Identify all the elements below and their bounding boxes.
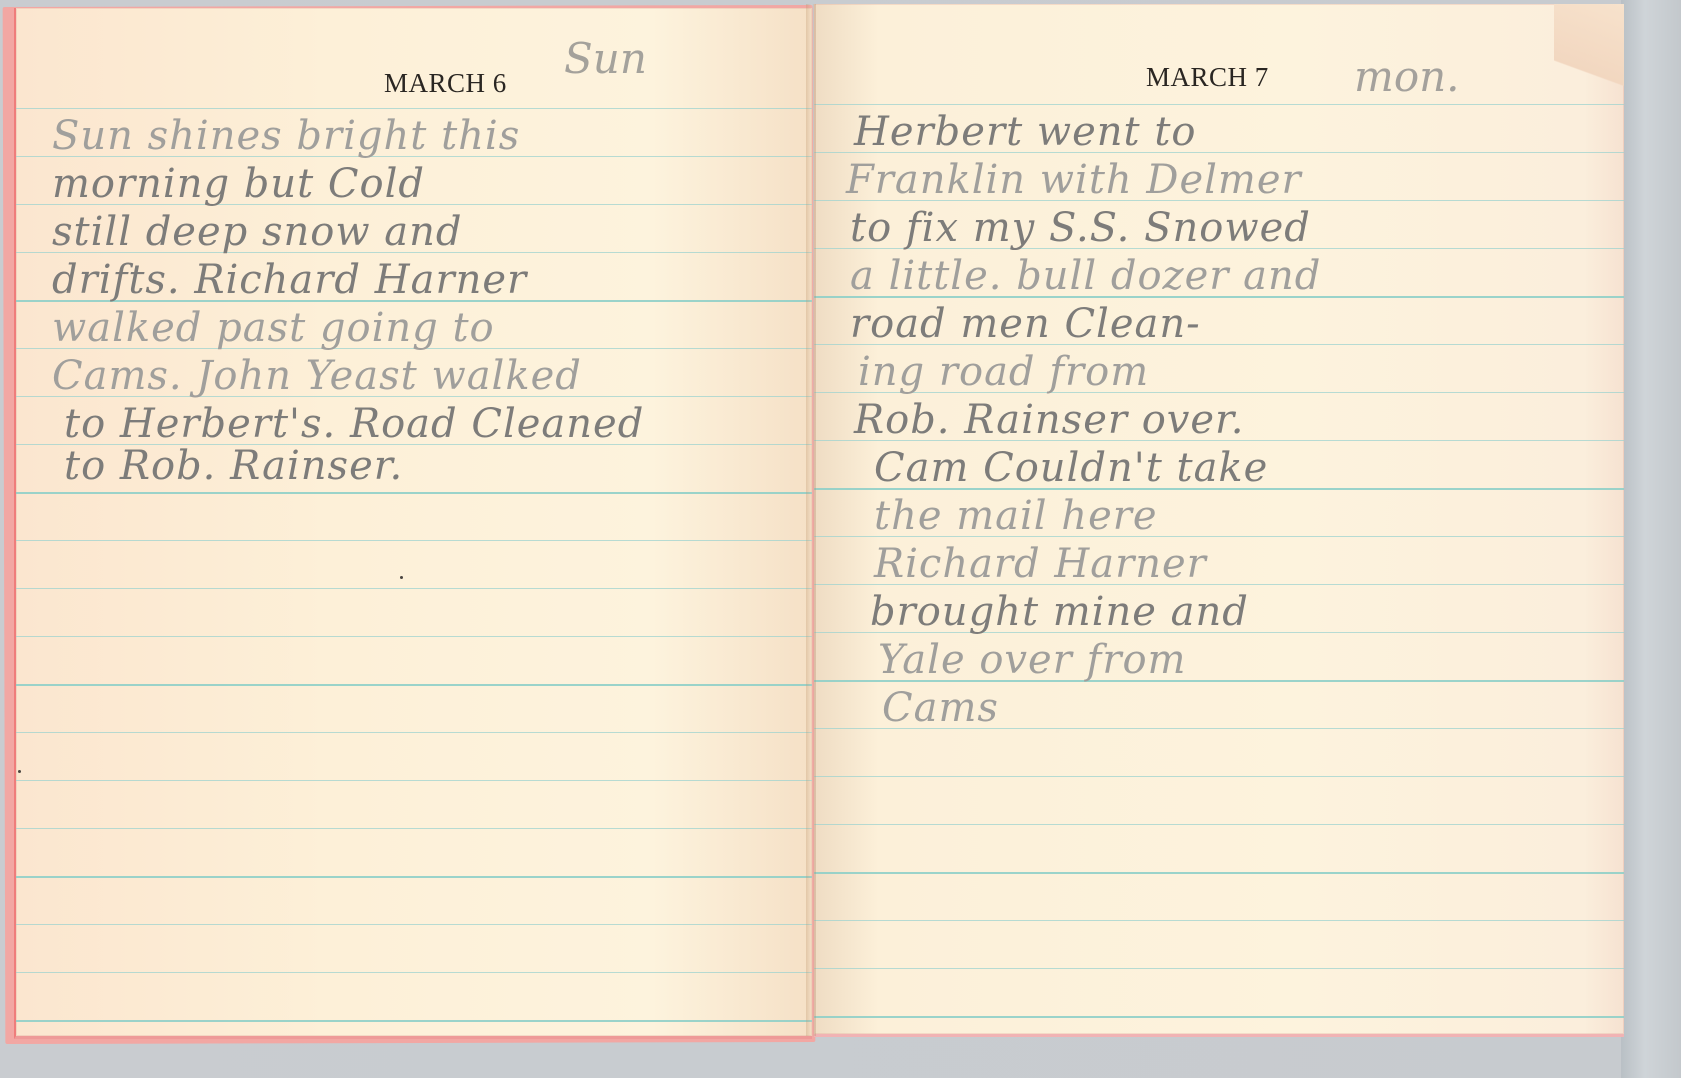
ruled-line — [16, 588, 812, 589]
ruled-line — [814, 920, 1624, 921]
ruled-line — [16, 540, 812, 541]
ruled-line — [814, 104, 1624, 105]
entry-line: Yale over from — [878, 640, 1186, 680]
entry-line: Cam Couldn't take — [874, 448, 1268, 488]
entry-line: walked past going to — [52, 308, 495, 348]
entry-line: to fix my S.S. Snowed — [850, 208, 1311, 248]
entry-line: Sun shines bright this — [52, 116, 520, 156]
ruled-line — [814, 872, 1624, 874]
ruled-line — [16, 972, 812, 973]
ruled-line — [16, 684, 812, 686]
entry-line: Franklin with Delmer — [846, 160, 1302, 200]
entry-line: Rob. Rainser over. — [854, 400, 1245, 440]
date-header: MARCH 6 — [384, 68, 507, 99]
page-corner-fold — [1554, 4, 1624, 114]
weekday-note: mon. — [1354, 52, 1460, 101]
entry-line: road men Clean- — [850, 304, 1201, 344]
ruled-line — [16, 924, 812, 925]
diary-page-right: MARCH 7 mon. Herbert went to Franklin wi… — [814, 4, 1624, 1037]
entry-line: to Herbert's. Road Cleaned — [64, 404, 644, 444]
paper-speck — [400, 576, 403, 579]
scan-margin — [0, 1078, 1681, 1088]
entry-line: to Rob. Rainser. — [64, 446, 403, 486]
weekday-note: Sun — [564, 34, 647, 83]
entry-line: the mail here — [874, 496, 1158, 536]
ruled-line — [16, 1020, 812, 1022]
book-spine — [806, 4, 816, 1036]
entry-line: morning but Cold — [52, 164, 425, 204]
entry-line: still deep snow and — [52, 212, 463, 252]
entry-line: drifts. Richard Harner — [52, 260, 527, 300]
ruled-line — [16, 108, 812, 109]
entry-line: brought mine and — [870, 592, 1249, 632]
entry-line: Cams. John Yeast walked — [52, 356, 582, 396]
ruled-line — [16, 828, 812, 829]
entry-line: ing road from — [858, 352, 1149, 392]
ruled-line — [16, 876, 812, 878]
diary-page-left: MARCH 6 Sun Sun shines bright this morni… — [14, 8, 812, 1039]
ruled-line — [16, 732, 812, 733]
paper-speck — [18, 770, 21, 773]
ruled-line — [814, 824, 1624, 825]
ruled-line — [16, 492, 812, 494]
ruled-line — [16, 636, 812, 637]
entry-line: Cams — [882, 688, 999, 728]
ruled-line — [814, 776, 1624, 777]
entry-line: a little. bull dozer and — [850, 256, 1321, 296]
date-header: MARCH 7 — [1146, 62, 1269, 93]
ruled-line — [814, 968, 1624, 969]
scanner-glare — [1621, 0, 1681, 1078]
entry-line: Richard Harner — [874, 544, 1207, 584]
entry-line: Herbert went to — [854, 112, 1196, 152]
ruled-line — [16, 780, 812, 781]
ruled-line — [814, 1016, 1624, 1018]
